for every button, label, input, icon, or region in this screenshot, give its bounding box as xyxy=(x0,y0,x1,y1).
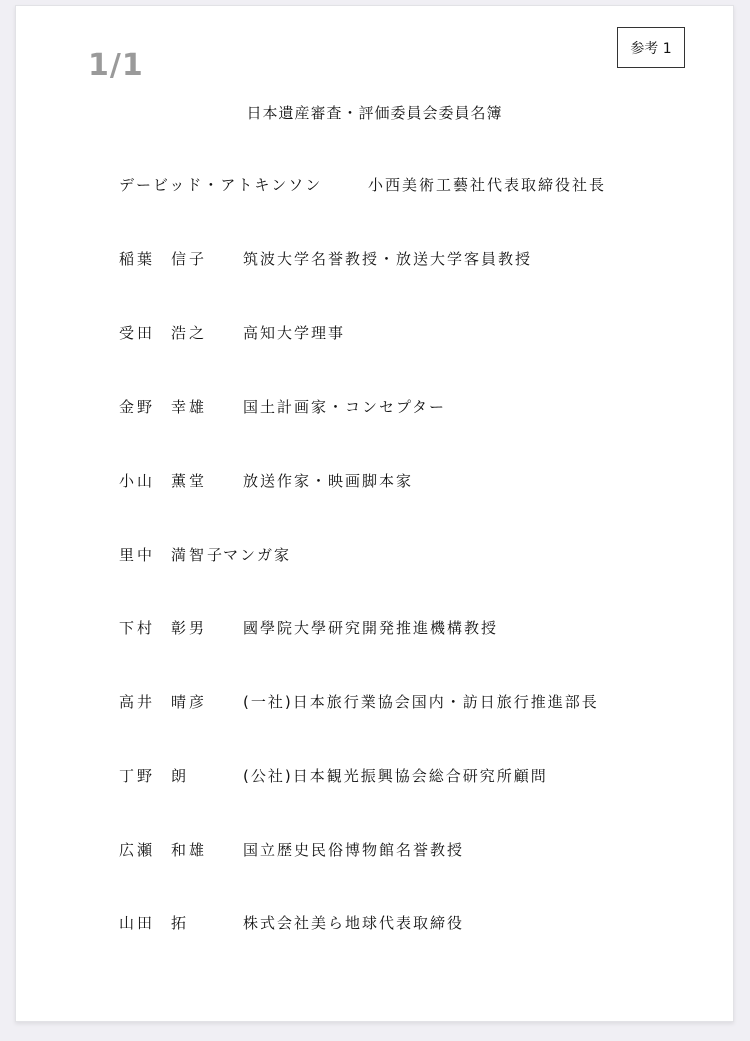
page-counter: 1/1 xyxy=(88,48,144,83)
member-surname: 小山 xyxy=(119,470,155,492)
member-surname: 受田 xyxy=(119,322,155,344)
member-surname: 稲葉 xyxy=(119,248,155,270)
member-given-name: 和雄 xyxy=(171,839,207,861)
member-given-name: 薫堂 xyxy=(171,470,207,492)
member-given-name: 拓 xyxy=(171,912,189,934)
member-surname: 山田 xyxy=(119,912,155,934)
member-given-name: 彰男 xyxy=(171,617,207,639)
member-affiliation: マンガ家 xyxy=(223,544,291,566)
reference-badge: 参考 1 xyxy=(617,27,685,68)
member-affiliation: 筑波大学名誉教授・放送大学客員教授 xyxy=(243,248,532,270)
member-affiliation: 小西美術工藝社代表取締役社長 xyxy=(368,174,606,196)
member-given-name: 信子 xyxy=(171,248,207,270)
member-affiliation: 株式会社美ら地球代表取締役 xyxy=(243,912,464,934)
member-given-name: 朗 xyxy=(171,765,189,787)
member-affiliation: (一社)日本旅行業協会国内・訪日旅行推進部長 xyxy=(243,691,599,713)
member-affiliation: 國學院大學研究開発推進機構教授 xyxy=(243,617,498,639)
member-given-name: 晴彦 xyxy=(171,691,207,713)
member-affiliation: 国立歴史民俗博物館名誉教授 xyxy=(243,839,464,861)
document-page: 1/1 参考 1 日本遺産審査・評価委員会委員名簿 デービッド・アトキンソン 小… xyxy=(15,5,734,1022)
member-given-name: 満智子 xyxy=(171,544,225,566)
member-surname: 高井 xyxy=(119,691,155,713)
member-affiliation: 高知大学理事 xyxy=(243,322,345,344)
member-surname: 広瀬 xyxy=(119,839,155,861)
member-affiliation: 放送作家・映画脚本家 xyxy=(243,470,413,492)
member-name: デービッド・アトキンソン xyxy=(119,174,322,196)
member-affiliation: (公社)日本観光振興協会総合研究所顧問 xyxy=(243,765,548,787)
member-surname: 丁野 xyxy=(119,765,155,787)
member-given-name: 浩之 xyxy=(171,322,207,344)
member-surname: 金野 xyxy=(119,396,155,418)
member-given-name: 幸雄 xyxy=(171,396,207,418)
document-title: 日本遺産審査・評価委員会委員名簿 xyxy=(16,102,733,123)
member-surname: 下村 xyxy=(119,617,155,639)
member-surname: 里中 xyxy=(119,544,155,566)
member-affiliation: 国土計画家・コンセプター xyxy=(243,396,446,418)
